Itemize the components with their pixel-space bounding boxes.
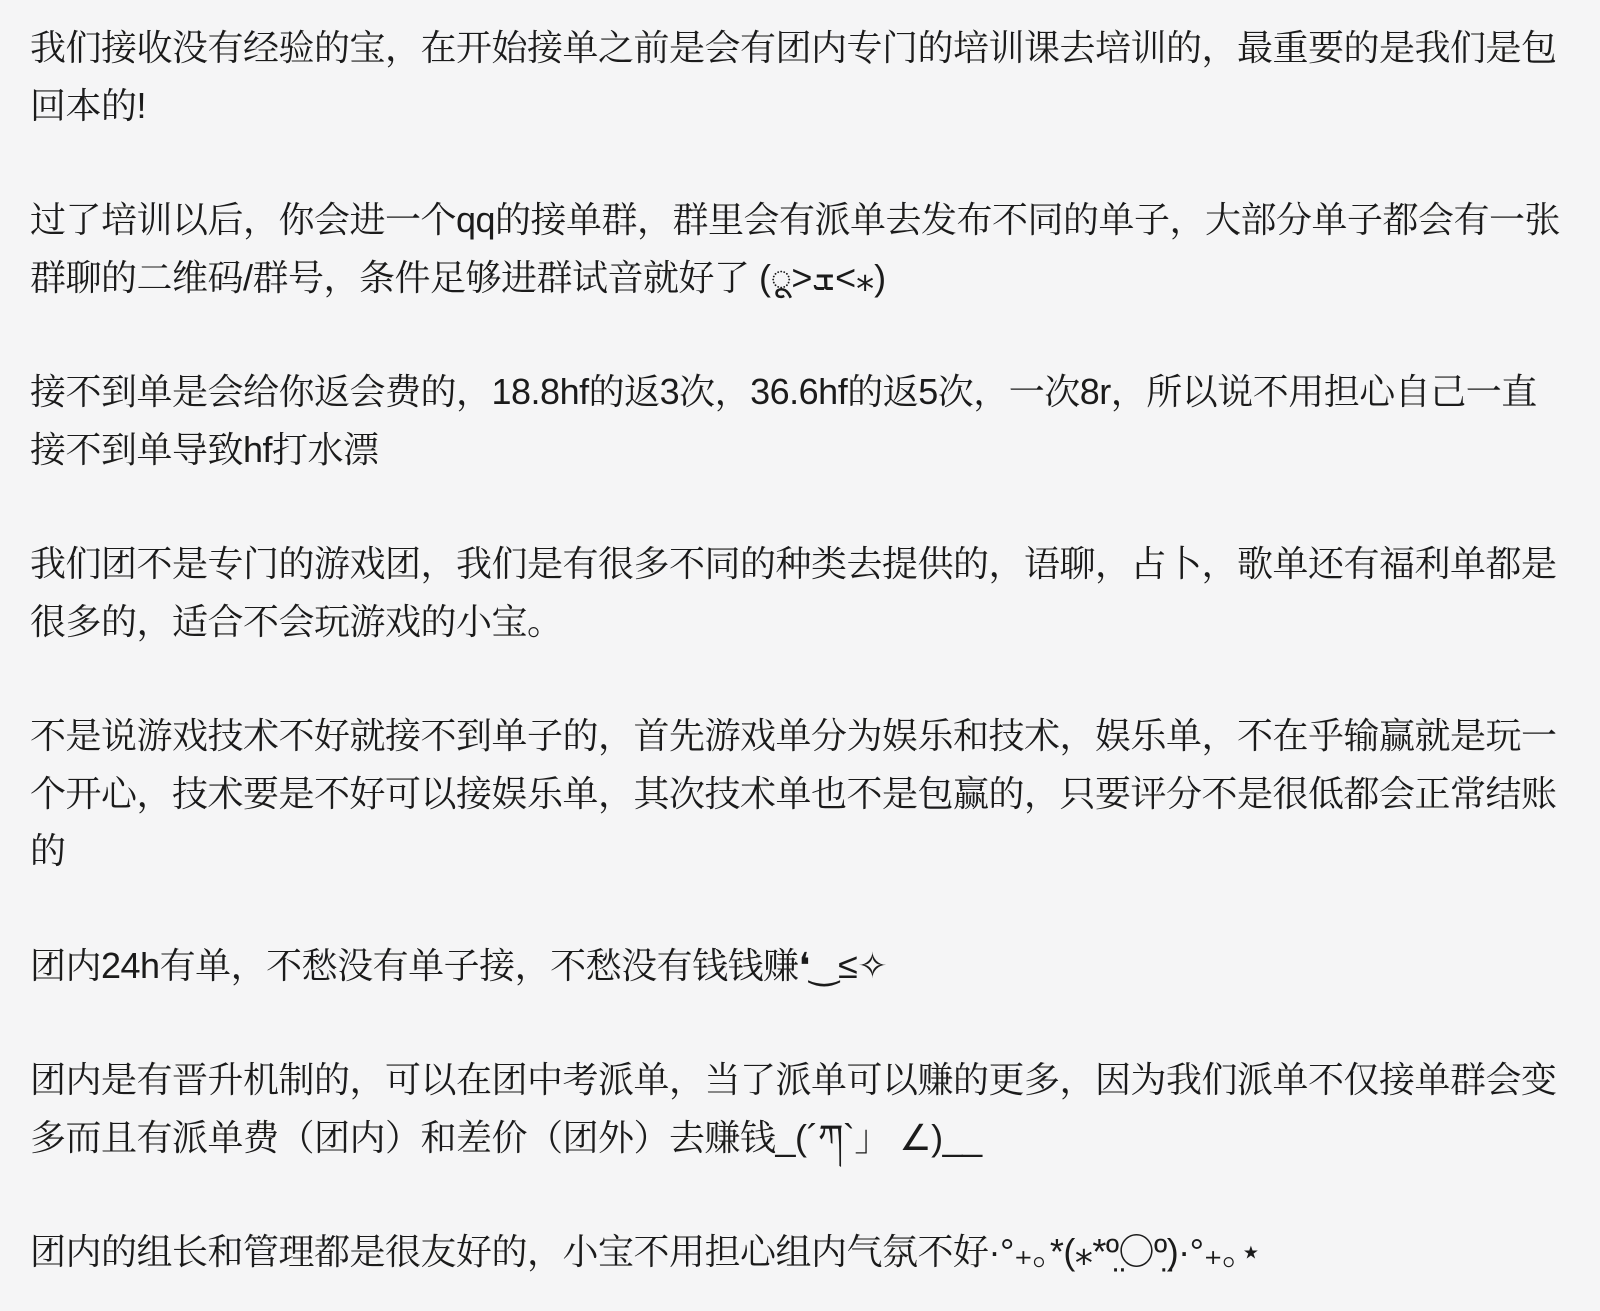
paragraph-friendly-leaders: 团内的组长和管理都是很友好的，小宝不用担心组内气氛不好·°₊｡*(⁎*º̤〇º̤… [30,1223,1570,1281]
paragraph-game-skill-note: 不是说游戏技术不好就接不到单子的，首先游戏单分为娱乐和技术，娱乐单，不在乎输赢就… [30,707,1570,880]
paragraph-training-policy: 我们接收没有经验的宝，在开始接单之前是会有团内专门的培训课去培训的，最重要的是我… [30,19,1570,134]
paragraph-service-types: 我们团不是专门的游戏团，我们是有很多不同的种类去提供的，语聊，占卜，歌单还有福利… [30,535,1570,650]
paragraph-refund-policy: 接不到单是会给你返会费的，18.8hf的返3次，36.6hf的返5次，一次8r，… [30,363,1570,478]
text-document: 我们接收没有经验的宝，在开始接单之前是会有团内专门的培训课去培训的，最重要的是我… [0,0,1600,1311]
document-page: { "document": { "language": "zh-CN", "ki… [0,0,1600,1311]
paragraph-qq-order-group: 过了培训以后，你会进一个qq的接单群，群里会有派单去发布不同的单子，大部分单子都… [30,191,1570,306]
paragraph-24h-orders: 团内24h有单，不愁没有单子接，不愁没有钱钱赚❛‿≤✧ [30,937,1570,995]
paragraph-promotion-system: 团内是有晋升机制的，可以在团中考派单，当了派单可以赚的更多，因为我们派单不仅接单… [30,1051,1570,1166]
